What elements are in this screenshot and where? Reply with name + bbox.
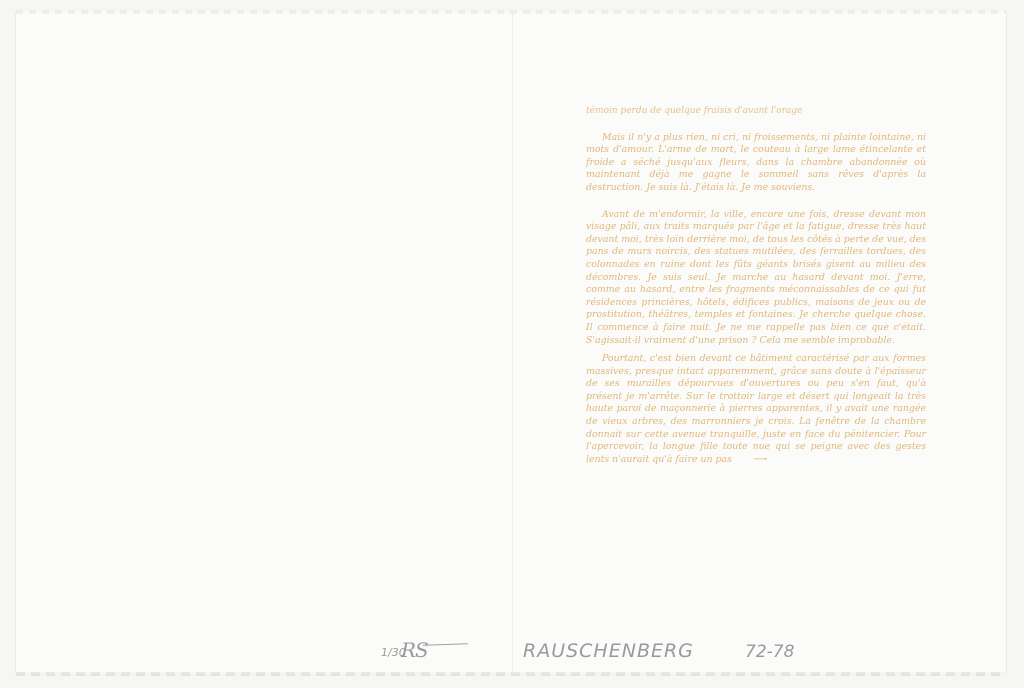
manuscript-paragraph-2: Avant de m'endormir, la ville, encore un… xyxy=(586,209,926,348)
left-page-blank xyxy=(16,12,512,674)
manuscript-paragraph-3: Pourtant, c'est bien devant ce bâtiment … xyxy=(586,353,926,466)
continuation-arrow-icon: ⟶ xyxy=(738,454,767,467)
center-fold xyxy=(512,12,513,674)
signature-years: 72-78 xyxy=(745,642,794,662)
paragraph-3-text: Pourtant, c'est bien devant ce bâtiment … xyxy=(586,353,926,465)
artist-signature: RAUSCHENBERG xyxy=(523,640,694,662)
manuscript-paragraph-1: Mais il n'y a plus rien, ni cri, ni froi… xyxy=(586,132,926,195)
manuscript-heading: témoin perdu de quelque fraisis d'avant … xyxy=(586,105,926,118)
artist-initials: RS xyxy=(401,638,428,662)
handwritten-manuscript: témoin perdu de quelque fraisis d'avant … xyxy=(586,105,926,480)
